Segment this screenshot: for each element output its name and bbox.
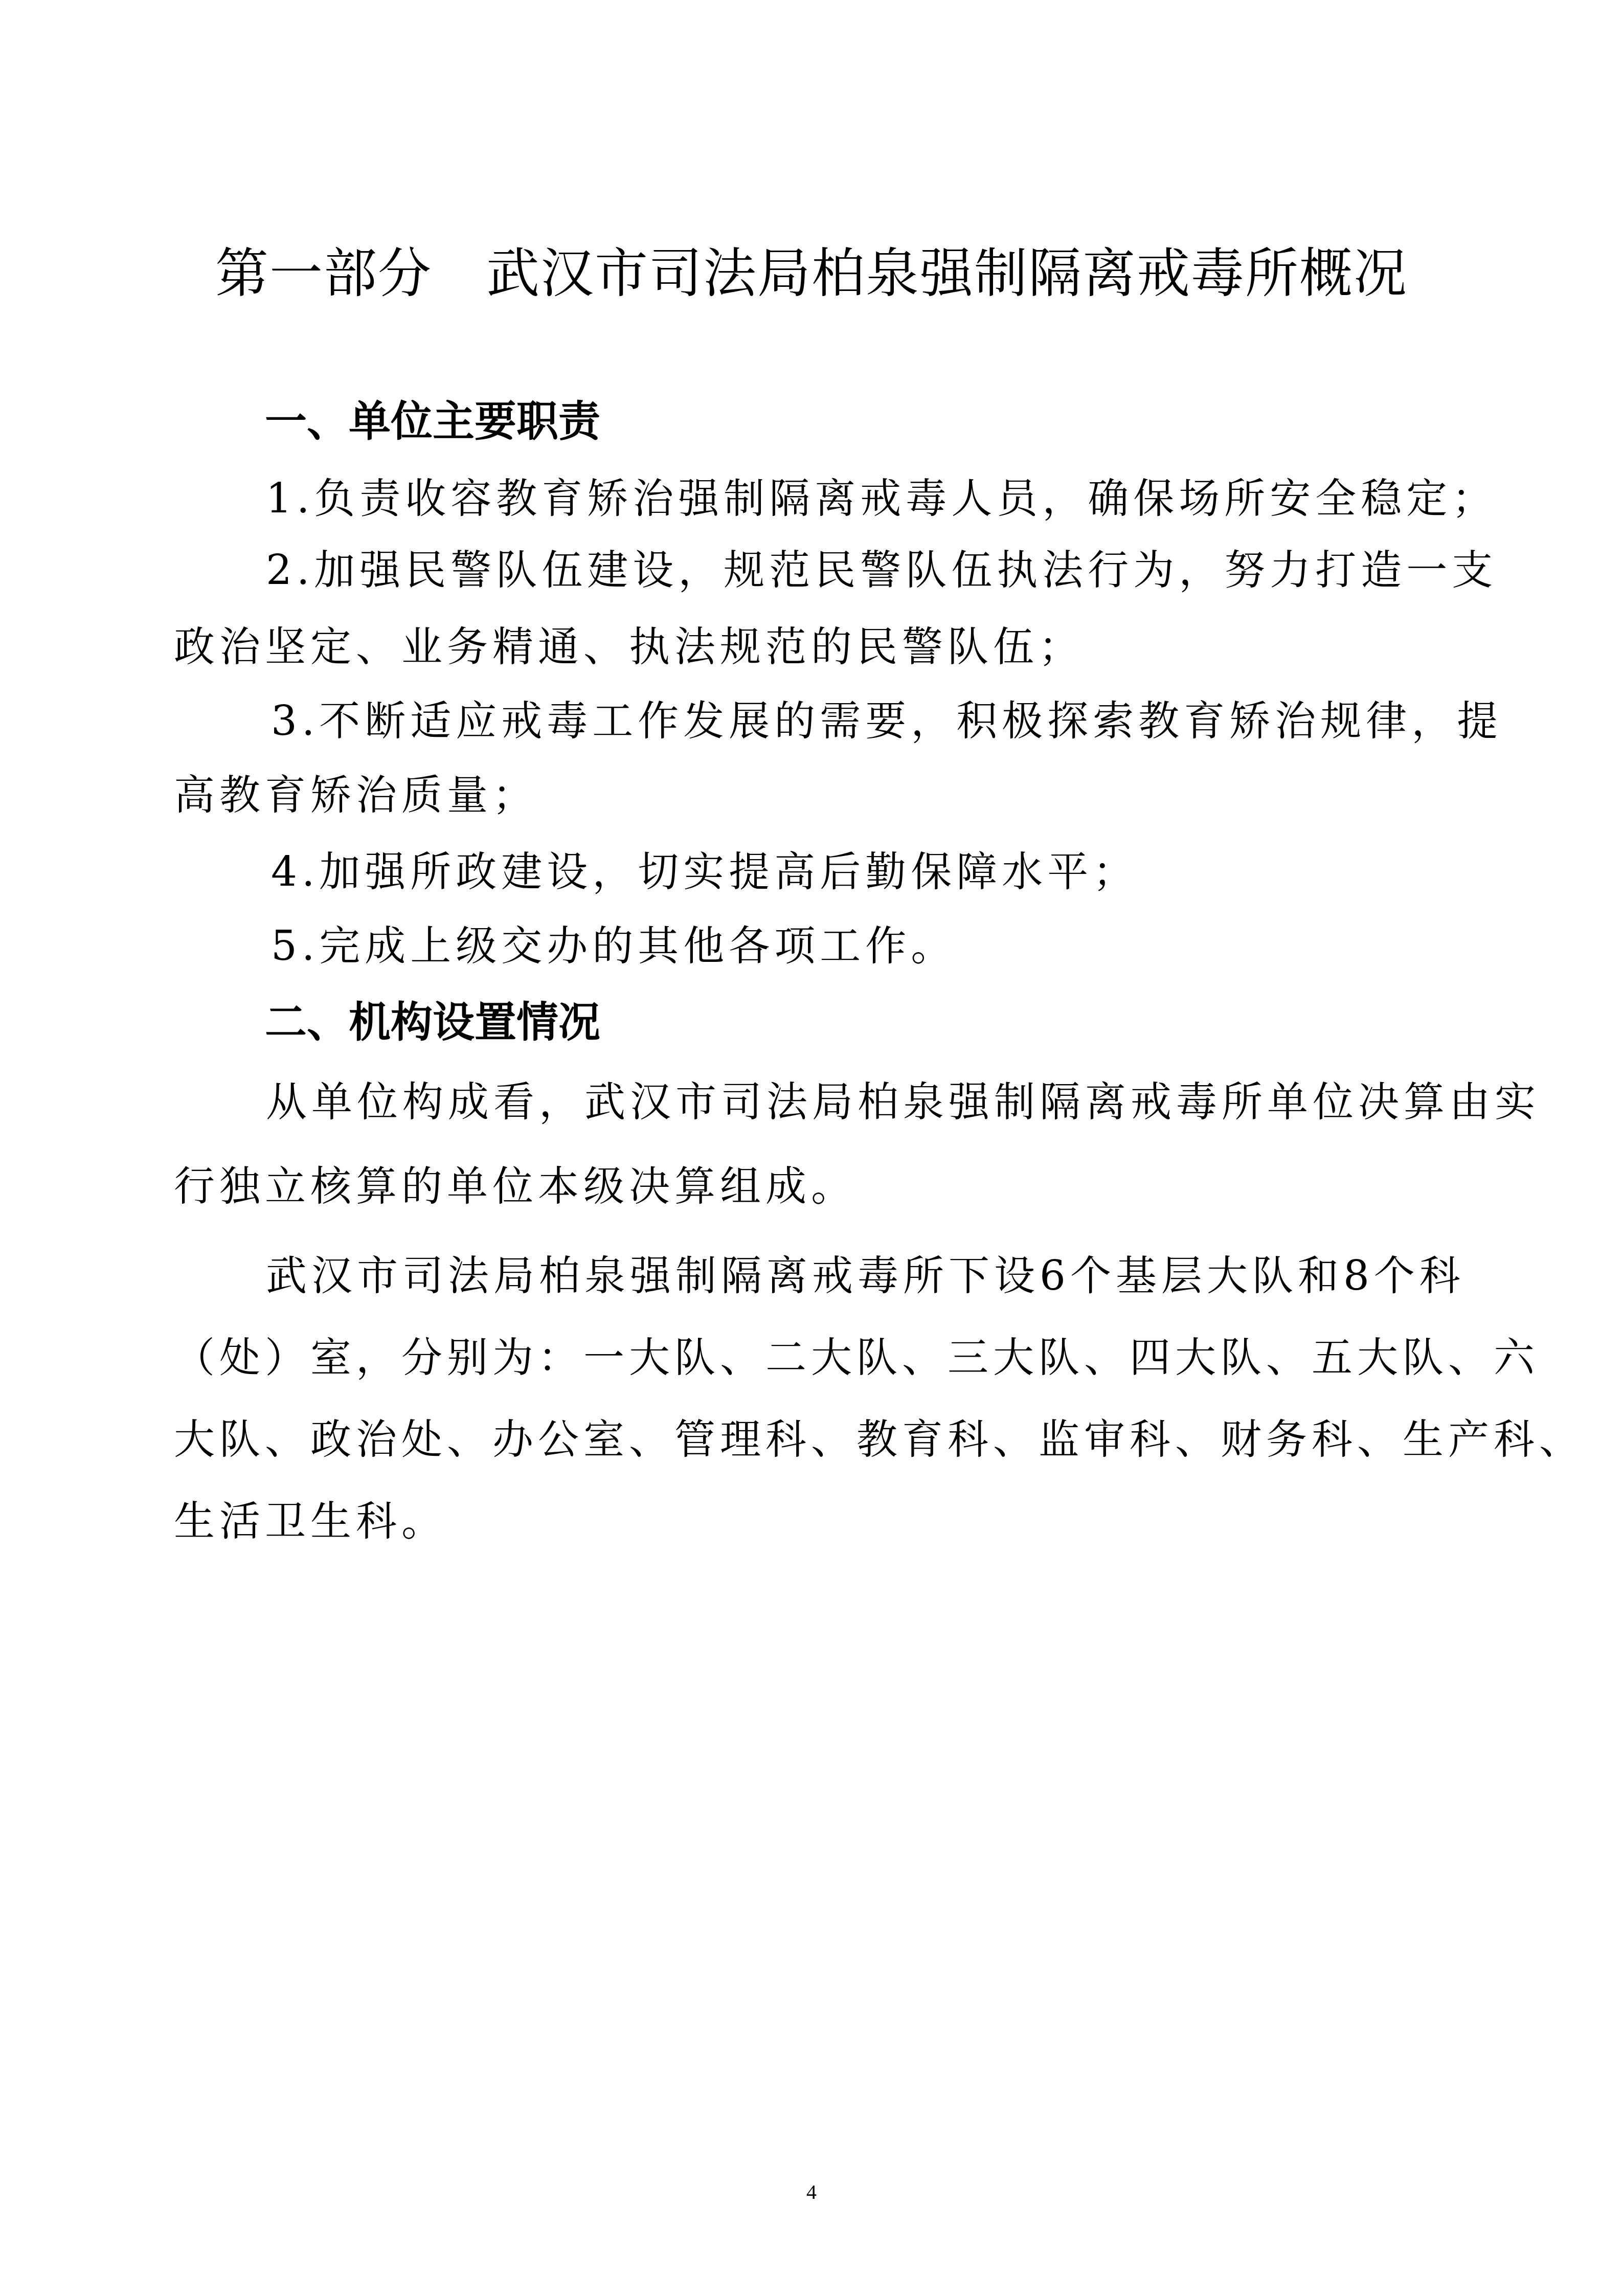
organization-paragraph-2: 武汉市司法局柏泉强制隔离戒毒所下设6个基层大队和8个科 — [266, 1248, 1465, 1304]
document-page: 第一部分 武汉市司法局柏泉强制隔离戒毒所概况 一、单位主要职责 1.负责收容教育… — [0, 0, 1623, 2296]
duty-item-4: 4.加强所政建设，切实提高后勤保障水平； — [271, 844, 1138, 900]
page-title: 第一部分 武汉市司法局柏泉强制隔离戒毒所概况 — [0, 235, 1623, 312]
organization-paragraph-2-line3: 大队、政治处、办公室、管理科、教育科、监审科、财务科、生产科、 — [174, 1411, 1585, 1468]
duty-item-2: 2.加强民警队伍建设，规范民警队伍执法行为，努力打造一支 — [266, 542, 1497, 598]
page-number: 4 — [0, 2179, 1623, 2205]
duty-item-2-cont: 政治坚定、业务精通、执法规范的民警队伍； — [174, 619, 1084, 675]
organization-paragraph-2-line2: （处）室，分别为：一大队、二大队、三大队、四大队、五大队、六 — [174, 1330, 1539, 1386]
organization-paragraph-1-cont: 行独立核算的单位本级决算组成。 — [174, 1158, 856, 1214]
section-heading-duties: 一、单位主要职责 — [265, 394, 600, 450]
duty-item-3: 3.不断适应戒毒工作发展的需要，积极探索教育矫治规律，提 — [271, 693, 1502, 749]
section-heading-organization: 二、机构设置情况 — [265, 995, 600, 1051]
organization-paragraph-1: 从单位构成看，武汉市司法局柏泉强制隔离戒毒所单位决算由实 — [266, 1074, 1540, 1130]
duty-item-5: 5.完成上级交办的其他各项工作。 — [271, 918, 956, 974]
organization-paragraph-2-line4: 生活卫生科。 — [174, 1493, 447, 1549]
duty-item-3-cont: 高教育矫治质量； — [174, 767, 538, 823]
duty-item-1: 1.负责收容教育矫治强制隔离戒毒人员，确保场所安全稳定； — [266, 470, 1497, 527]
